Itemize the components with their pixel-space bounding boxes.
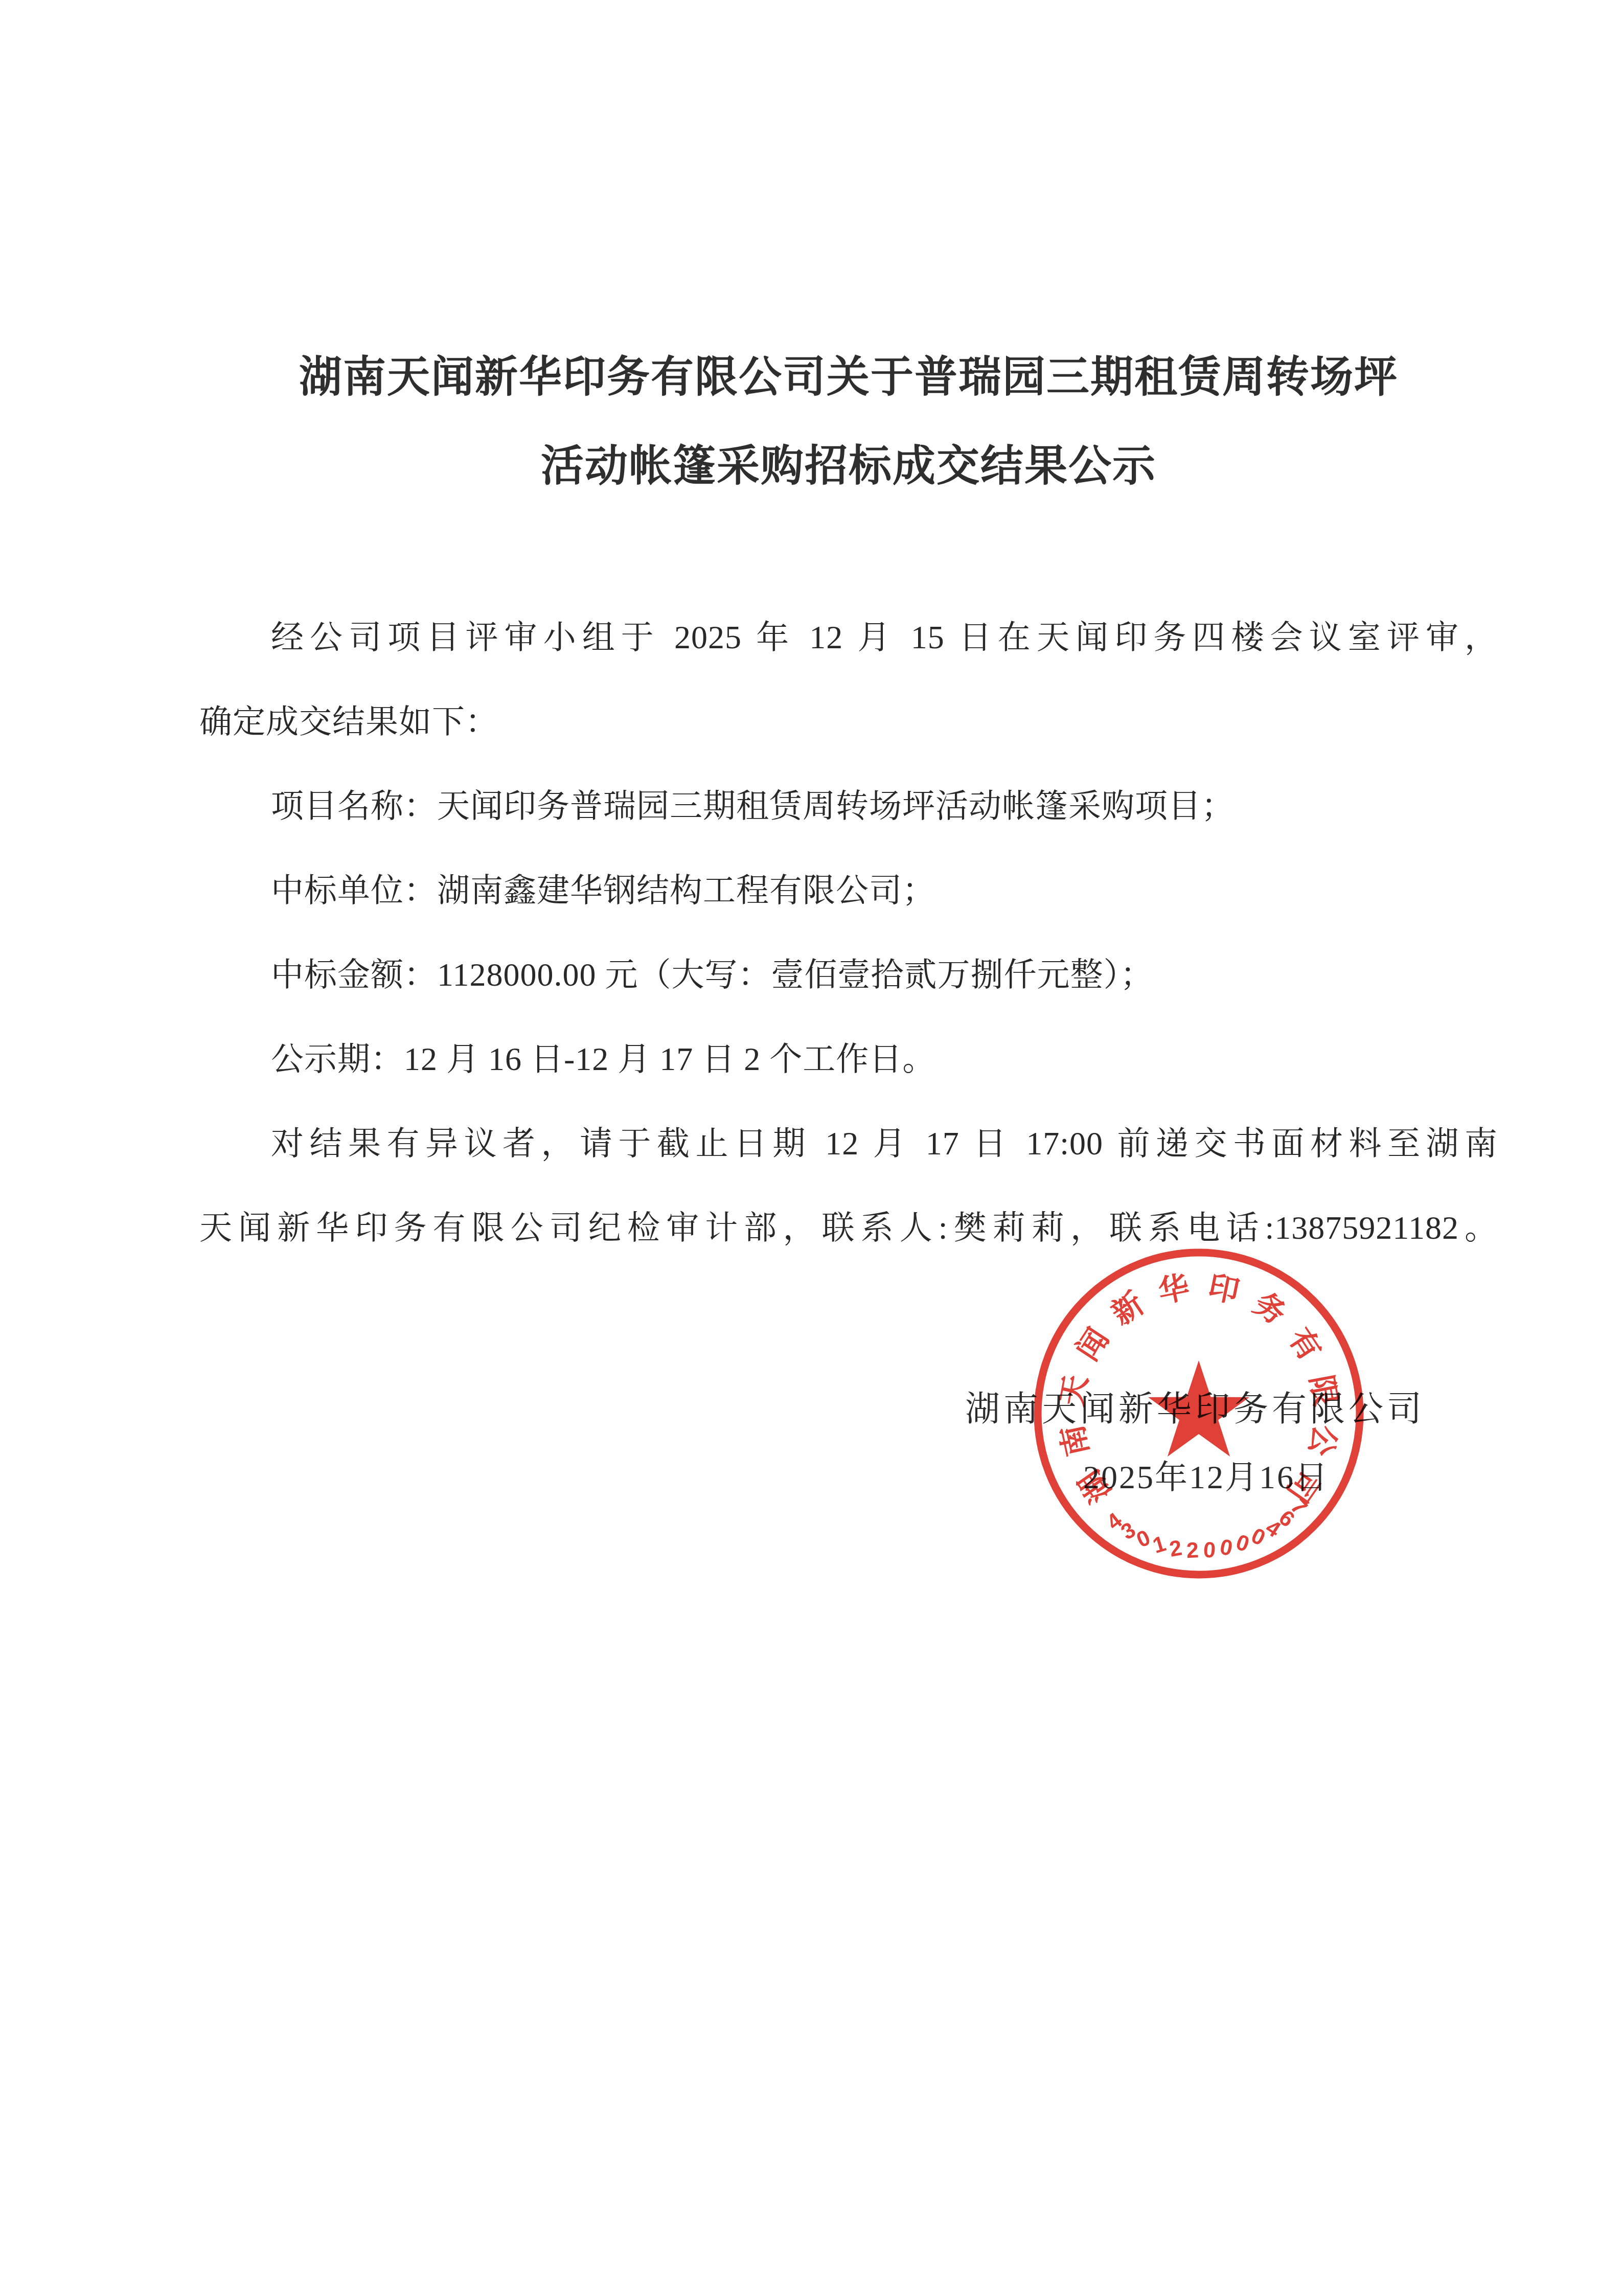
body-line: 项目名称：天闻印务普瑞园三期租赁周转场坪活动帐篷采购项目；: [199, 764, 1498, 848]
body-line: 公示期：12 月 16 日-12 月 17 日 2 个工作日。: [199, 1017, 1498, 1101]
svg-text:1: 1: [1150, 1531, 1169, 1558]
body-line: 对结果有异议者，请于截止日期 12 月 17 日 17:00 前递交书面材料至湖…: [199, 1101, 1498, 1186]
svg-text:2: 2: [1186, 1538, 1199, 1563]
title-line-1: 湖南天闻新华印务有限公司关于普瑞园三期租赁周转场坪: [199, 332, 1498, 421]
body-line: 经公司项目评审小组于 2025 年 12 月 15 日在天闻印务四楼会议室评审，: [199, 595, 1498, 679]
svg-text:有: 有: [1282, 1322, 1328, 1367]
body-line: 确定成交结果如下：: [199, 679, 1498, 764]
svg-text:华: 华: [1155, 1269, 1192, 1309]
signature-date: 2025年12月16日: [1083, 1457, 1329, 1498]
svg-text:新: 新: [1105, 1286, 1150, 1331]
svg-text:0: 0: [1218, 1535, 1235, 1561]
document-body: 经公司项目评审小组于 2025 年 12 月 15 日在天闻印务四楼会议室评审，…: [199, 595, 1498, 1270]
title-line-2: 活动帐篷采购招标成交结果公示: [199, 421, 1498, 510]
body-line: 中标单位：湖南鑫建华钢结构工程有限公司；: [199, 848, 1498, 933]
svg-text:闻: 闻: [1070, 1322, 1115, 1367]
svg-text:0: 0: [1202, 1537, 1217, 1563]
document-page: 湖南天闻新华印务有限公司关于普瑞园三期租赁周转场坪 活动帐篷采购招标成交结果公示…: [0, 0, 1622, 2296]
svg-text:2: 2: [1168, 1536, 1184, 1562]
body-line: 中标金额：1128000.00 元（大写：壹佰壹拾贰万捌仟元整）；: [199, 933, 1498, 1017]
svg-text:务: 务: [1247, 1286, 1292, 1331]
signature-company-name: 湖南天闻新华印务有限公司: [965, 1389, 1425, 1429]
document-title: 湖南天闻新华印务有限公司关于普瑞园三期租赁周转场坪 活动帐篷采购招标成交结果公示: [199, 332, 1498, 510]
svg-text:印: 印: [1205, 1269, 1242, 1309]
